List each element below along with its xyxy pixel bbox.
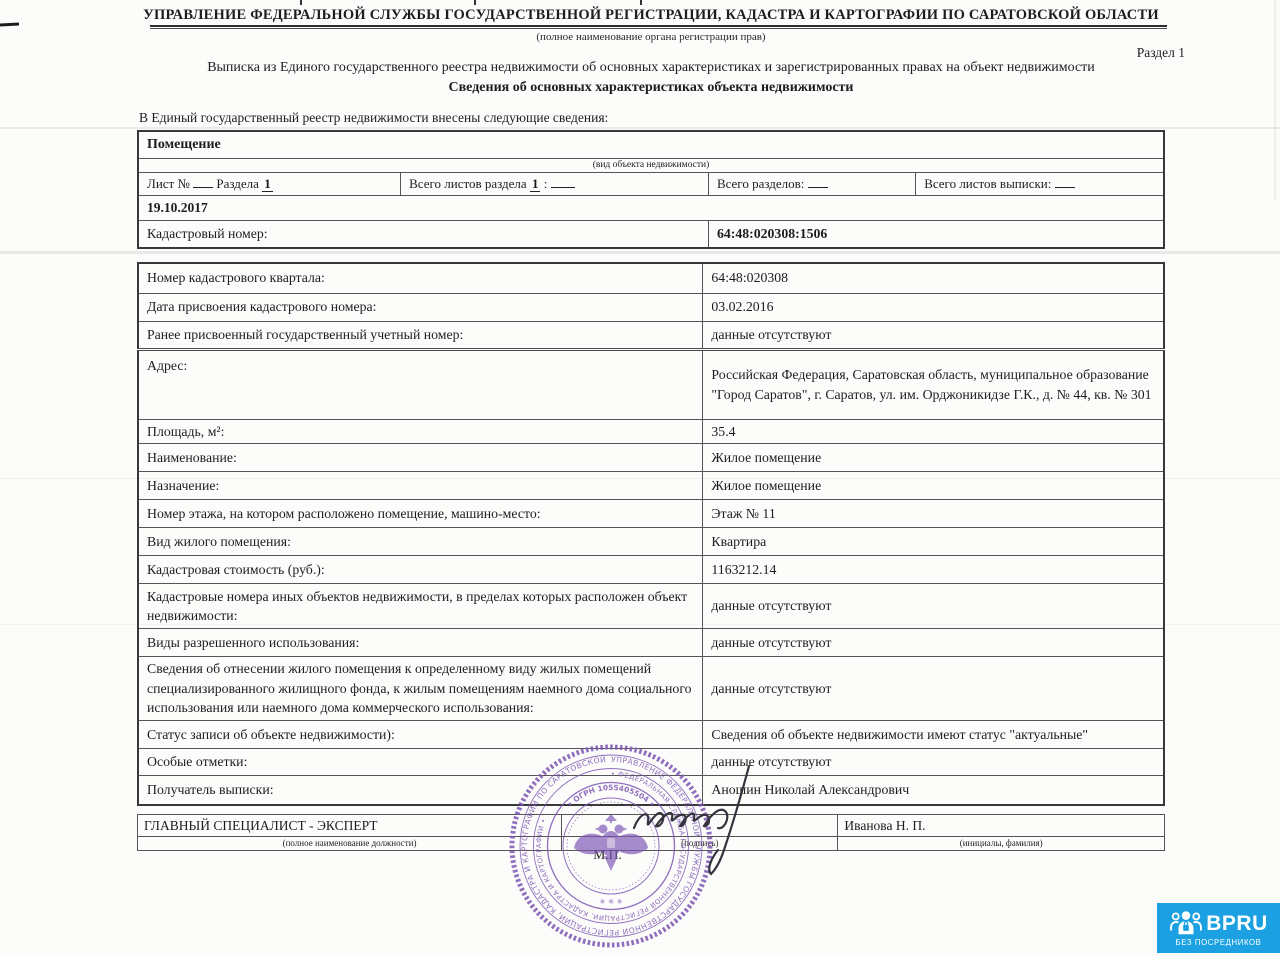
position-title: ГЛАВНЫЙ СПЕЦИАЛИСТ - ЭКСПЕРТ (138, 815, 562, 837)
row-value: 1163212.14 (703, 556, 1164, 584)
position-caption: (полное наименование должности) (138, 837, 562, 851)
signer-name: Иванова Н. П. (838, 815, 1165, 837)
document-title: Выписка из Единого государственного реес… (137, 60, 1165, 76)
row-value: 35.4 (703, 419, 1164, 444)
bpru-watermark-badge: BPRU БЕЗ ПОСРЕДНИКОВ (1157, 903, 1280, 953)
total-sheets-label: Всего листов раздела (409, 176, 527, 191)
document-subtitle: Сведения об основных характеристиках объ… (137, 80, 1165, 96)
org-name-caption: (полное наименование органа регистрации … (137, 31, 1165, 43)
total-sections-label: Всего разделов: (717, 176, 804, 191)
total-sheets-number: 1 (530, 176, 541, 192)
blank-line (1055, 176, 1075, 188)
blank-line (551, 176, 575, 188)
name-caption: (инициалы, фамилия) (838, 837, 1165, 851)
row-label: Площадь, м²: (138, 419, 703, 444)
section-number: Раздел 1 (1137, 45, 1185, 61)
total-sections-cell: Всего разделов: (708, 172, 915, 195)
colon: : (544, 176, 548, 191)
sheet-number-cell: Лист № Раздела 1 (138, 172, 401, 195)
scan-artifact (300, 0, 302, 5)
scan-artifact (0, 23, 19, 27)
scan-artifact (1274, 0, 1276, 200)
row-value: Этаж № 11 (703, 500, 1164, 528)
intro-line: В Единый государственный реестр недвижим… (139, 110, 608, 126)
people-group-icon (1169, 909, 1203, 937)
scanned-document-page: УПРАВЛЕНИЕ ФЕДЕРАЛЬНОЙ СЛУЖБЫ ГОСУДАРСТВ… (0, 0, 1280, 955)
row-value: данные отсутствуют (703, 629, 1164, 657)
row-label: Номер кадастрового квартала: (138, 263, 703, 293)
characteristics-table: Номер кадастрового квартала:64:48:020308… (137, 262, 1165, 806)
scan-artifact (0, 251, 1280, 254)
extract-date-cell: 19.10.2017 (138, 196, 1164, 220)
row-label: Кадастровые номера иных объектов недвижи… (138, 584, 703, 629)
row-label: Дата присвоения кадастрового номера: (138, 293, 703, 321)
org-name-title: УПРАВЛЕНИЕ ФЕДЕРАЛЬНОЙ СЛУЖБЫ ГОСУДАРСТВ… (137, 7, 1165, 24)
blank-line (808, 176, 828, 188)
row-value: Жилое помещение (703, 444, 1164, 472)
row-value: 03.02.2016 (703, 293, 1164, 321)
cadastral-number-label: Кадастровый номер: (138, 220, 708, 248)
row-value: данные отсутствуют (703, 321, 1164, 349)
object-type-caption: (вид объекта недвижимости) (138, 158, 1164, 172)
cadastral-number-value: 64:48:020308:1506 (708, 220, 1164, 248)
row-value: данные отсутствуют (703, 657, 1164, 721)
scan-artifact (0, 127, 1280, 129)
sheet-label: Лист № (147, 176, 190, 191)
row-label: Виды разрешенного использования: (138, 629, 703, 657)
row-value: Жилое помещение (703, 472, 1164, 500)
sheet-section-label: Раздела (216, 176, 259, 191)
stamp-stars: ✳ ✳ ✳ (599, 897, 623, 906)
row-label: Адрес: (138, 349, 703, 419)
sheet-section-number: 1 (262, 176, 273, 192)
row-value: Российская Федерация, Саратовская област… (703, 349, 1164, 419)
brand-text: BPRU (1206, 913, 1268, 934)
row-label: Наименование: (138, 444, 703, 472)
handwritten-signature (628, 758, 788, 880)
scan-artifact (640, 0, 642, 5)
row-value: Сведения об объекте недвижимости имеют с… (703, 721, 1164, 749)
row-label: Сведения об отнесении жилого помещения к… (138, 657, 703, 721)
blank-line (193, 176, 213, 188)
total-sheets-cell: Всего листов раздела 1 : (401, 172, 709, 195)
brand-tagline: БЕЗ ПОСРЕДНИКОВ (1176, 938, 1262, 947)
row-label: Номер этажа, на котором расположено поме… (138, 500, 703, 528)
row-value: 64:48:020308 (703, 263, 1164, 293)
row-value: Квартира (703, 528, 1164, 556)
object-type-cell: Помещение (138, 131, 1164, 158)
title-underline (150, 25, 1167, 29)
total-extract-sheets-cell: Всего листов выписки: (916, 172, 1164, 195)
object-info-table: Помещение (вид объекта недвижимости) Лис… (137, 130, 1165, 249)
row-label: Ранее присвоенный государственный учетны… (138, 321, 703, 349)
row-value: данные отсутствуют (703, 584, 1164, 629)
row-label: Кадастровая стоимость (руб.): (138, 556, 703, 584)
scan-artifact (474, 0, 476, 5)
row-label: Назначение: (138, 472, 703, 500)
total-extract-sheets-label: Всего листов выписки: (924, 176, 1051, 191)
row-label: Вид жилого помещения: (138, 528, 703, 556)
